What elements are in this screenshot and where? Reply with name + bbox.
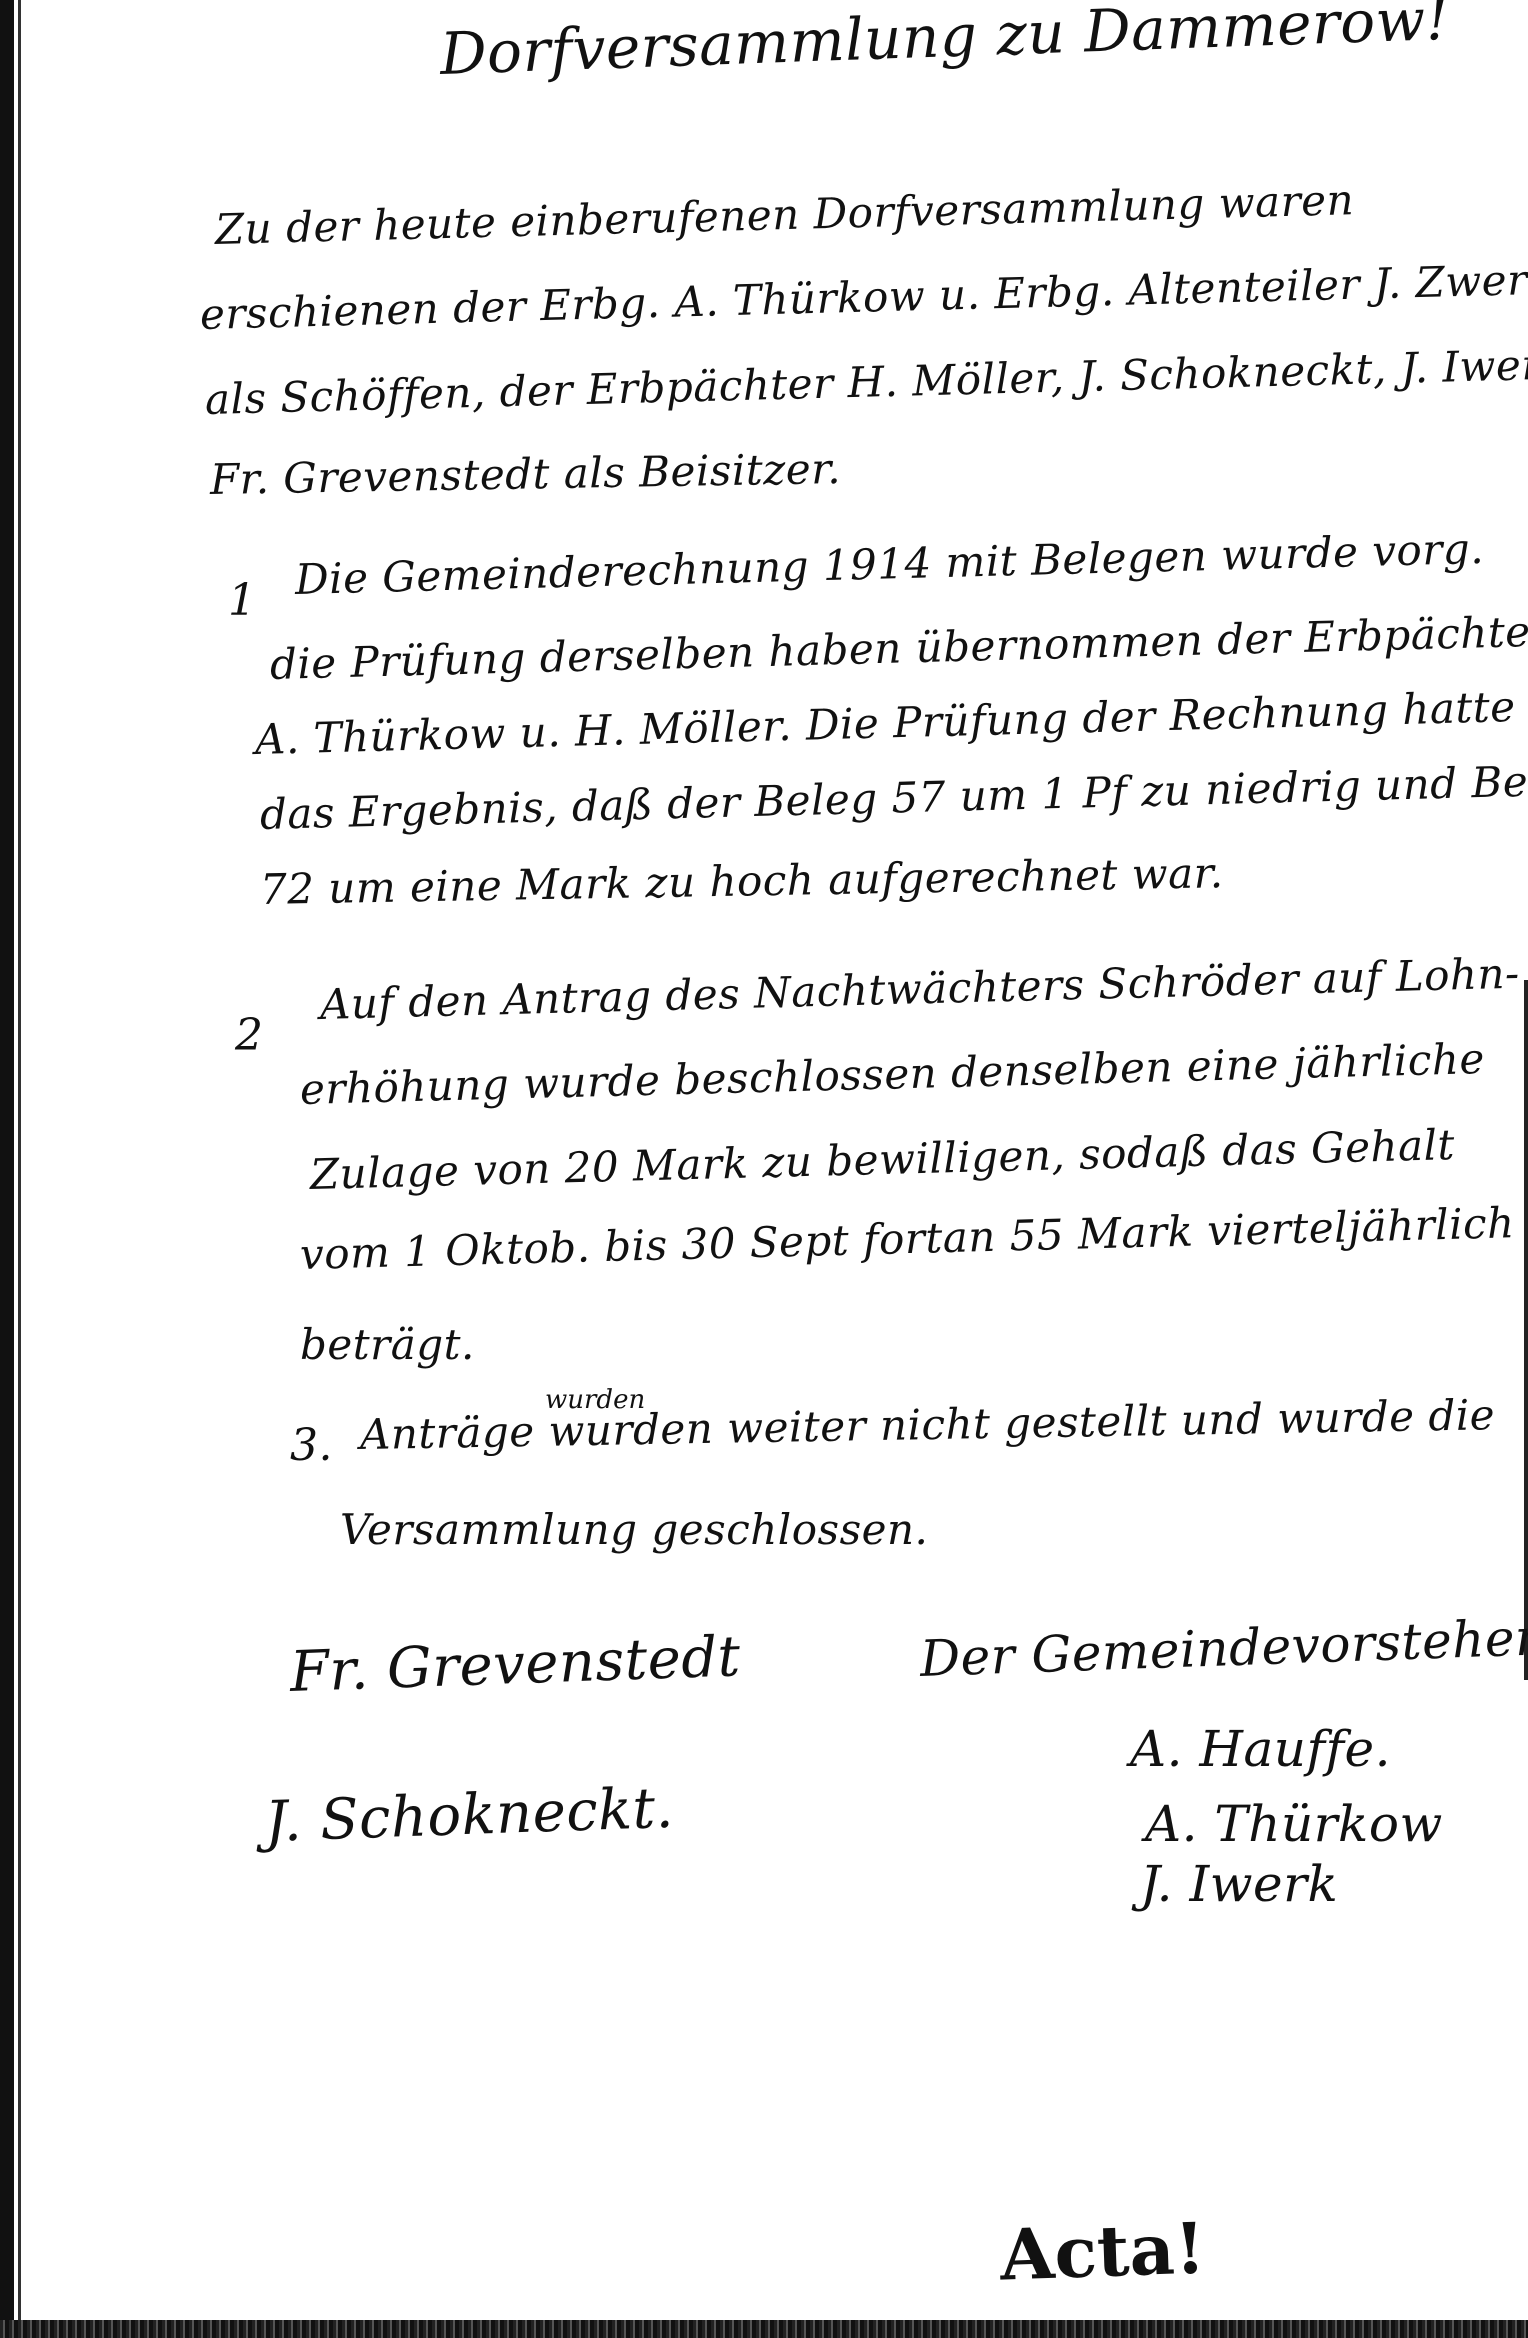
signature-hauffe: A. Hauffe. <box>1130 1720 1391 1778</box>
item-1-line-3: A. Thürkow u. H. Möller. Die Prüfung der… <box>254 682 1516 764</box>
signature-schokneckt: J. Schokneckt. <box>264 1776 675 1855</box>
item-number: 1 <box>228 575 257 626</box>
intro-line-3: als Schöffen, der Erbpächter H. Möller, … <box>204 339 1528 424</box>
signature-heading: Der Gemeindevorsteher <box>919 1608 1528 1688</box>
item-1-line-2: die Prüfung derselben haben übernommen d… <box>269 606 1528 689</box>
item-number: 3. <box>290 1420 333 1471</box>
item-2-line-2: erhöhung wurde beschlossen denselben ein… <box>299 1034 1485 1114</box>
left-binding-edge <box>0 0 14 2338</box>
left-binding-line <box>18 0 21 2338</box>
item-1-line-4: das Ergebnis, daß der Beleg 57 um 1 Pf z… <box>259 755 1528 839</box>
item-2-line-3: Zulage von 20 Mark zu bewilligen, sodaß … <box>309 1120 1455 1199</box>
page-title: Dorfversammlung zu Dammerow! <box>439 0 1451 88</box>
item-1-line-5: 72 um eine Mark zu hoch aufgerechnet war… <box>260 848 1224 914</box>
item-number: 2 <box>235 1010 264 1061</box>
acta-stamp: Acta! <box>999 2206 1207 2296</box>
item-2-line-4: vom 1 Oktob. bis 30 Sept fortan 55 Mark … <box>299 1198 1515 1279</box>
signature-grevenstedt: Fr. Grevenstedt <box>289 1624 742 1705</box>
signature-iwerk: J. Iwerk <box>1140 1855 1338 1913</box>
item-3-line-2: Versammlung geschlossen. <box>340 1505 928 1554</box>
item-1-line-1: Die Gemeinderechnung 1914 mit Belegen wu… <box>294 524 1484 604</box>
bottom-page-edge <box>0 2320 1528 2338</box>
intro-line-2: erschienen der Erbg. A. Thürkow u. Erbg.… <box>199 255 1528 339</box>
intro-line-4: Fr. Grevenstedt als Beisitzer. <box>210 444 842 504</box>
item-3-line-1: Anträge wurden weiter nicht gestellt und… <box>360 1390 1496 1459</box>
intro-line-1: Zu der heute einberufenen Dorfversammlun… <box>214 175 1354 254</box>
right-page-edge <box>1524 980 1528 1680</box>
item-2-line-5: beträgt. <box>300 1320 475 1369</box>
signature-thuerkow: A. Thürkow <box>1145 1795 1443 1853</box>
item-2-line-1: Auf den Antrag des Nachtwächters Schröde… <box>319 949 1520 1029</box>
